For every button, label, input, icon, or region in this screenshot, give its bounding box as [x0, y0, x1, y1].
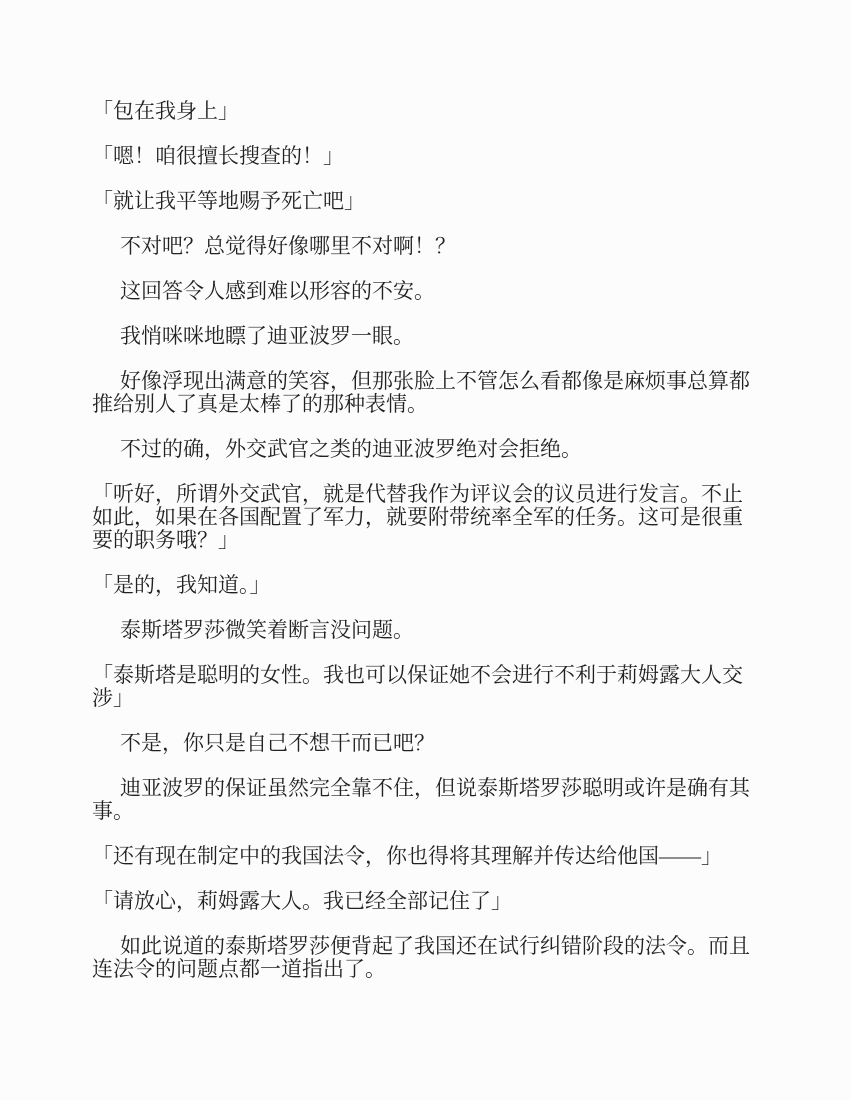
narration-paragraph: 我悄咪咪地瞟了迪亚波罗一眼。 — [92, 325, 750, 348]
dialogue-paragraph: 「还有现在制定中的我国法令，你也得将其理解并传达给他国——」 — [92, 845, 750, 868]
dialogue-paragraph: 「请放心，莉姆露大人。我已经全部记住了」 — [92, 890, 750, 913]
narration-paragraph: 这回答令人感到难以形容的不安。 — [92, 280, 750, 303]
narration-paragraph: 不对吧？总觉得好像哪里不对啊！？ — [92, 235, 750, 258]
dialogue-paragraph: 「包在我身上」 — [92, 100, 750, 123]
narration-paragraph: 迪亚波罗的保证虽然完全靠不住，但说泰斯塔罗莎聪明或许是确有其事。 — [92, 777, 750, 823]
page-text-block: 「包在我身上」 「嗯！咱很擅长搜查的！」 「就让我平等地赐予死亡吧」 不对吧？总… — [92, 100, 750, 981]
dialogue-paragraph: 「是的，我知道。」 — [92, 574, 750, 597]
narration-paragraph: 不过的确，外交武官之类的迪亚波罗绝对会拒绝。 — [92, 438, 750, 461]
dialogue-paragraph: 「泰斯塔是聪明的女性。我也可以保证她不会进行不利于莉姆露大人交涉」 — [92, 664, 750, 710]
narration-paragraph: 如此说道的泰斯塔罗莎便背起了我国还在试行纠错阶段的法令。而且连法令的问题点都一道… — [92, 935, 750, 981]
narration-paragraph: 好像浮现出满意的笑容，但那张脸上不管怎么看都像是麻烦事总算都推给别人了真是太棒了… — [92, 370, 750, 416]
dialogue-paragraph: 「嗯！咱很擅长搜查的！」 — [92, 145, 750, 168]
dialogue-paragraph: 「听好，所谓外交武官，就是代替我作为评议会的议员进行发言。不止如此，如果在各国配… — [92, 483, 750, 552]
narration-paragraph: 泰斯塔罗莎微笑着断言没问题。 — [92, 619, 750, 642]
narration-paragraph: 不是，你只是自己不想干而已吧？ — [92, 732, 750, 755]
novel-page: 「包在我身上」 「嗯！咱很擅长搜查的！」 「就让我平等地赐予死亡吧」 不对吧？总… — [0, 0, 850, 1100]
dialogue-paragraph: 「就让我平等地赐予死亡吧」 — [92, 190, 750, 213]
